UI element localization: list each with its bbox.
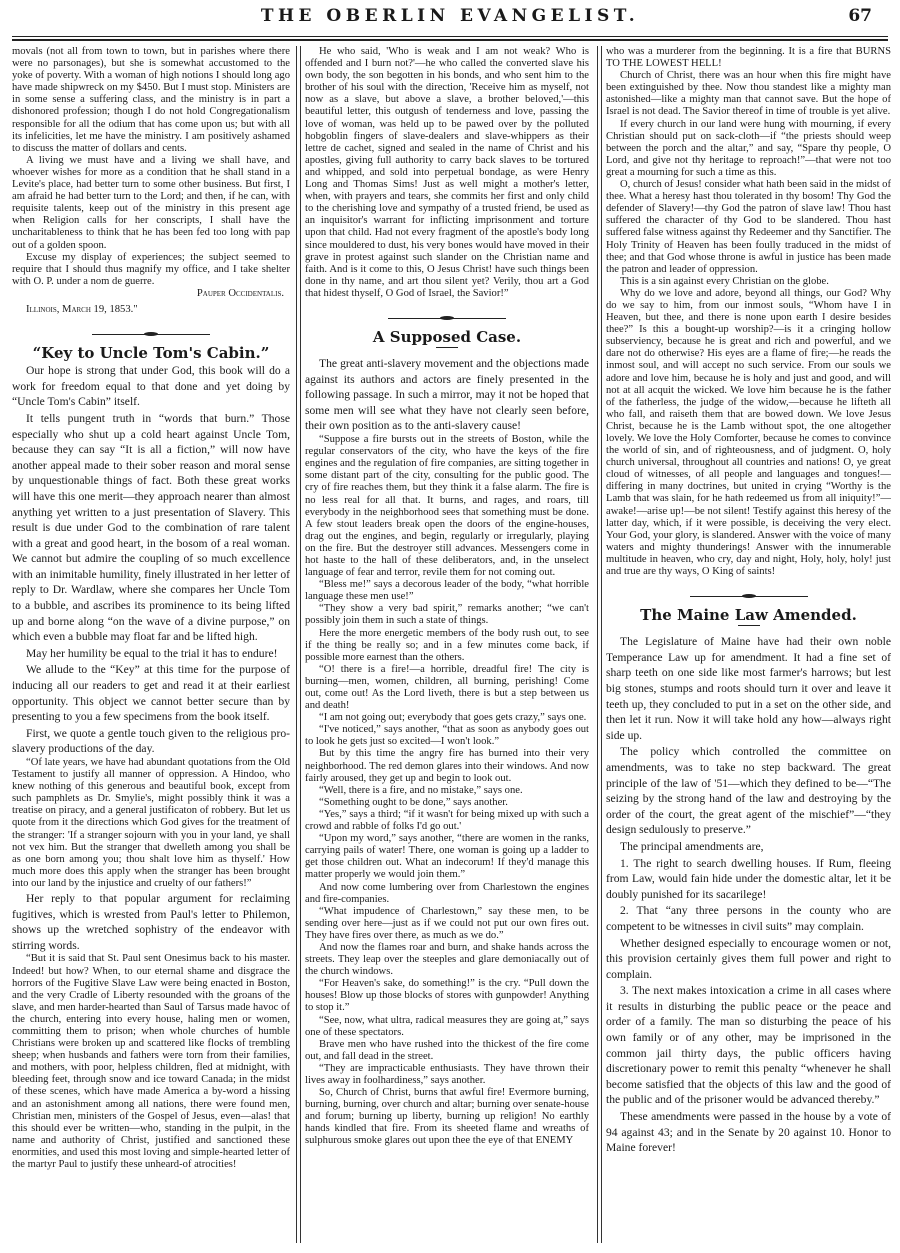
column-divider — [597, 46, 602, 1243]
article-paragraph: “For Heaven's sake, do something!” is th… — [305, 978, 589, 1014]
article-paragraph: These amendments were passed in the hous… — [606, 1109, 891, 1156]
article-paragraph: Church of Christ, there was an hour when… — [606, 70, 891, 118]
letter-paragraph: movals (not all from town to town, but i… — [12, 46, 290, 155]
article-paragraph: So, Church of Christ, burns that awful f… — [305, 1087, 589, 1147]
article-paragraph: “Upon my word,” says another, “there are… — [305, 833, 589, 881]
article-paragraph: “Bless me!” says a decorous leader of th… — [305, 579, 589, 603]
block-quote: “But it is said that St. Paul sent Onesi… — [12, 953, 290, 1171]
column-1: movals (not all from town to town, but i… — [12, 46, 290, 1245]
article-title-key-to-uncle-toms-cabin: “Key to Uncle Tom's Cabin.” — [12, 347, 290, 359]
article-paragraph: But by this time the angry fire has burn… — [305, 748, 589, 784]
article-paragraph: If every church in our land were hung wi… — [606, 119, 891, 179]
section-separator — [388, 318, 506, 319]
masthead-rule — [12, 36, 888, 41]
article-paragraph: Our hope is strong that under God, this … — [12, 363, 290, 410]
article-paragraph: “See, now, what ultra, radical measures … — [305, 1015, 589, 1039]
column-divider — [296, 46, 301, 1243]
newspaper-title: THE OBERLIN EVANGELIST. — [0, 6, 900, 26]
article-paragraph: Her reply to that popular argument for r… — [12, 891, 290, 953]
article-paragraph: “They show a very bad spirit,” remarks a… — [305, 603, 589, 627]
letter-signature: Pauper Occidentalis. — [12, 288, 290, 300]
article-paragraph: Brave men who have rushed into the thick… — [305, 1039, 589, 1063]
article-paragraph: Whether designed especially to encourage… — [606, 936, 891, 983]
article-title-maine-law-amended: The Maine Law Amended. — [606, 609, 891, 621]
letter-dateline: Illinois, March 19, 1853." — [12, 304, 290, 316]
block-quote: “Of late years, we have had abundant quo… — [12, 757, 290, 890]
article-paragraph: “I am not going out; everybody that goes… — [305, 712, 589, 724]
article-paragraph: “They are impracticable enthusiasts. The… — [305, 1063, 589, 1087]
letter-paragraph: Excuse my display of experiences; the su… — [12, 252, 290, 288]
article-paragraph: “Suppose a fire bursts out in the street… — [305, 434, 589, 579]
article-paragraph: Why do we love and adore, beyond all thi… — [606, 288, 891, 578]
article-paragraph: The principal amendments are, — [606, 839, 891, 855]
title-rule — [738, 625, 760, 626]
article-paragraph: 3. The next makes intoxication a crime i… — [606, 983, 891, 1108]
article-paragraph: “O! there is a fire!—a horrible, dreadfu… — [305, 664, 589, 712]
article-paragraph: “Something ought to be done,” says anoth… — [305, 797, 589, 809]
column-2: He who said, 'Who is weak and I am not w… — [305, 46, 589, 1245]
block-quote-continued: He who said, 'Who is weak and I am not w… — [305, 46, 589, 300]
masthead: THE OBERLIN EVANGELIST. 67 — [0, 0, 900, 38]
article-paragraph: And now the flames roar and burn, and sh… — [305, 942, 589, 978]
letter-paragraph: A living we must have and a living we sh… — [12, 155, 290, 252]
article-paragraph: It tells pungent truth in “words that bu… — [12, 411, 290, 645]
page-number: 67 — [848, 6, 872, 26]
article-title-a-supposed-case: A Supposed Case. — [305, 331, 589, 343]
article-paragraph: We allude to the “Key” at this time for … — [12, 662, 290, 724]
article-paragraph: May her humility be equal to the trial i… — [12, 646, 290, 662]
article-paragraph: who was a murderer from the beginning. I… — [606, 46, 891, 70]
article-paragraph: Here the more energetic members of the b… — [305, 628, 589, 664]
section-separator — [690, 596, 808, 597]
article-paragraph: The policy which controlled the committe… — [606, 744, 891, 838]
article-paragraph: This is a sin against every Christian on… — [606, 276, 891, 288]
article-paragraph: “Yes,” says a third; “if it wasn't for b… — [305, 809, 589, 833]
section-separator — [92, 334, 210, 335]
article-paragraph: First, we quote a gentle touch given to … — [12, 726, 290, 757]
article-paragraph: 1. The right to search dwelling houses. … — [606, 856, 891, 903]
article-paragraph: And now come lumbering over from Charles… — [305, 882, 589, 906]
article-paragraph: The Legislature of Maine have had their … — [606, 634, 891, 743]
column-3: who was a murderer from the beginning. I… — [606, 46, 891, 1245]
title-rule — [436, 347, 458, 348]
article-paragraph: 2. That “any three persons in the county… — [606, 903, 891, 934]
article-paragraph: O, church of Jesus! consider what hath b… — [606, 179, 891, 276]
article-paragraph: “I've noticed,” says another, “that as s… — [305, 724, 589, 748]
article-paragraph: “Well, there is a fire, and no mistake,”… — [305, 785, 589, 797]
article-paragraph: “What impudence of Charlestown,” say the… — [305, 906, 589, 942]
article-intro: The great anti-slavery movement and the … — [305, 356, 589, 434]
